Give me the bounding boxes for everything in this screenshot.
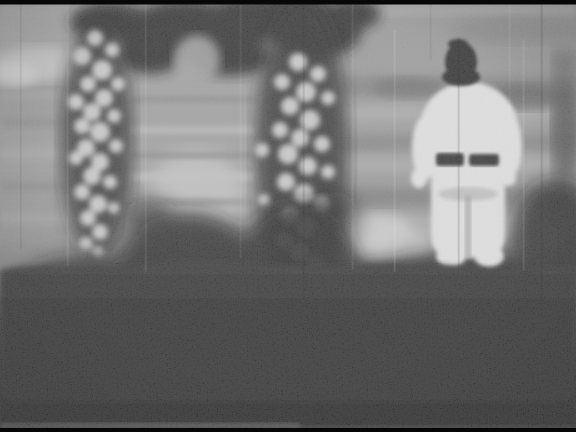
- film-frame: [0, 0, 576, 432]
- letterbox-top: [0, 0, 576, 5]
- film-artifacts: [0, 0, 576, 432]
- film-still-image: [0, 0, 576, 432]
- letterbox-bottom: [0, 428, 576, 432]
- film-grain-overlay: [0, 0, 576, 432]
